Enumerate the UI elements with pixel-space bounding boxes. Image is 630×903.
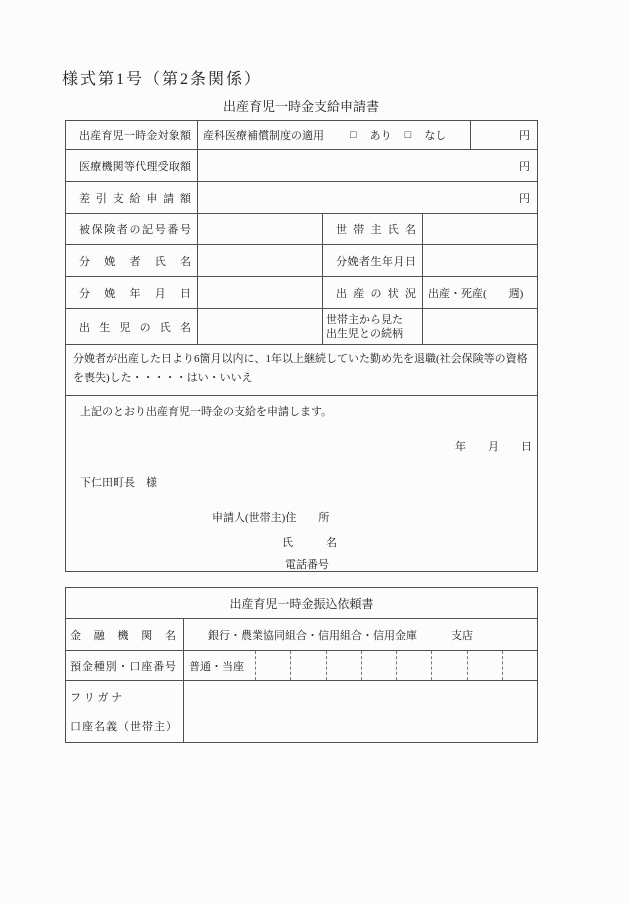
- table-row: 差引支給申請額 円: [66, 182, 538, 214]
- bank-name-field[interactable]: 銀行・農業協同組合・信用組合・信用金庫 支店: [184, 619, 538, 651]
- account-digit-box[interactable]: [361, 651, 396, 680]
- account-number-cell: 普通・当座: [184, 651, 538, 681]
- label-account-holder: フ リ ガ ナ 口座名義（世帯主）: [66, 681, 184, 743]
- bank-type-options: 銀行・農業協同組合・信用組合・信用金庫: [208, 627, 417, 643]
- account-digit-box[interactable]: [290, 651, 325, 680]
- option-ari-label: あり: [370, 127, 392, 143]
- table-row: フ リ ガ ナ 口座名義（世帯主）: [66, 681, 538, 743]
- label-child-name: 出生児の氏名: [66, 309, 198, 345]
- applicant-phone-line[interactable]: 電話番号: [285, 556, 329, 572]
- label-householder-name: 世帯主氏名: [323, 214, 423, 245]
- table-row: 金融機関名 銀行・農業協同組合・信用組合・信用金庫 支店: [66, 619, 538, 651]
- label-account-number: 預金種別・口座番号: [66, 651, 184, 681]
- scheme-label: 産科医療補償制度の適用: [203, 127, 324, 143]
- form-number: 様式第1号（第2条関係）: [62, 66, 262, 89]
- mother-name-field[interactable]: [198, 245, 323, 277]
- table-row: 出生児の氏名 世帯主から見た 出生児との続柄: [66, 309, 538, 345]
- applicant-address-line[interactable]: 申請人(世帯主)住 所: [212, 509, 329, 525]
- form-page: 様式第1号（第2条関係） 出産育児一時金支給申請書 出産育児一時金対象額 産科医…: [0, 0, 630, 903]
- yen-unit-label: 円: [519, 161, 530, 173]
- insured-number-field[interactable]: [198, 214, 323, 245]
- label-target-amount: 出産育児一時金対象額: [66, 121, 198, 150]
- application-table: 出産育児一時金対象額 産科医療補償制度の適用 □ あり □ なし 円 医療機関等…: [65, 120, 538, 572]
- page-title: 出産育児一時金支給申請書: [65, 96, 537, 115]
- checkbox-nashi-icon[interactable]: □: [405, 130, 412, 141]
- checkbox-ari-icon[interactable]: □: [350, 130, 357, 141]
- child-name-field[interactable]: [198, 309, 323, 345]
- obstetric-scheme-cell: 産科医療補償制度の適用 □ あり □ なし: [198, 121, 471, 150]
- label-delivery-date: 分娩年月日: [66, 277, 198, 309]
- retirement-question: 分娩者が出産した日より6箇月以内に、1年以上継続していた勤め先を退職(社会保険等…: [66, 345, 538, 396]
- account-digit-box[interactable]: [431, 651, 466, 680]
- net-amount-field[interactable]: 円: [198, 182, 538, 214]
- table-row: 医療機関等代理受取額 円: [66, 150, 538, 182]
- table-row: 分娩者氏名 分娩者生年月日: [66, 245, 538, 277]
- delivery-status-field[interactable]: 出産・死産( 週): [423, 277, 538, 309]
- yen-unit-label: 円: [519, 130, 530, 142]
- account-digit-box[interactable]: [467, 651, 502, 680]
- table-row: 出産育児一時金対象額 産科医療補償制度の適用 □ あり □ なし 円: [66, 121, 538, 150]
- householder-name-field[interactable]: [423, 214, 538, 245]
- account-digit-box[interactable]: [255, 651, 290, 680]
- applicant-name-line[interactable]: 氏 名: [282, 534, 337, 550]
- label-proxy-amount: 医療機関等代理受取額: [66, 150, 198, 182]
- declaration-cell: 上記のとおり出産育児一時金の支給を申請します。 年 月 日 下仁田町長 様 申請…: [66, 396, 538, 572]
- label-net-amount: 差引支給申請額: [66, 182, 198, 214]
- account-type-options: 普通・当座: [184, 651, 255, 680]
- proxy-amount-field[interactable]: 円: [198, 150, 538, 182]
- option-nashi-label: なし: [424, 127, 446, 143]
- table-row: 分娩者が出産した日より6箇月以内に、1年以上継続していた勤め先を退職(社会保険等…: [66, 345, 538, 396]
- label-insured-number: 被保険者の記号番号: [66, 214, 198, 245]
- table-row: 預金種別・口座番号 普通・当座: [66, 651, 538, 681]
- target-amount-field[interactable]: 円: [471, 121, 538, 150]
- addressee-line: 下仁田町長 様: [80, 474, 157, 490]
- transfer-request-table: 出産育児一時金振込依頼書 金融機関名 銀行・農業協同組合・信用組合・信用金庫 支…: [65, 587, 538, 743]
- label-bank-name: 金融機関名: [66, 619, 184, 651]
- label-delivery-status: 出産の状況: [323, 277, 423, 309]
- delivery-date-field[interactable]: [198, 277, 323, 309]
- table-row: 出産育児一時金振込依頼書: [66, 588, 538, 619]
- transfer-table-title: 出産育児一時金振込依頼書: [66, 588, 538, 619]
- account-digit-box[interactable]: [326, 651, 361, 680]
- mother-birthdate-field[interactable]: [423, 245, 538, 277]
- date-line[interactable]: 年 月 日: [455, 438, 532, 454]
- table-row: 分娩年月日 出産の状況 出産・死産( 週): [66, 277, 538, 309]
- account-digit-box[interactable]: [502, 651, 537, 680]
- table-row: 被保険者の記号番号 世帯主氏名: [66, 214, 538, 245]
- label-child-relation: 世帯主から見た 出生児との続柄: [323, 309, 423, 345]
- yen-unit-label: 円: [519, 193, 530, 205]
- table-row: 上記のとおり出産育児一時金の支給を申請します。 年 月 日 下仁田町長 様 申請…: [66, 396, 538, 572]
- account-holder-field[interactable]: [184, 681, 538, 743]
- child-relation-field[interactable]: [423, 309, 538, 345]
- label-mother-name: 分娩者氏名: [66, 245, 198, 277]
- account-digit-box[interactable]: [396, 651, 431, 680]
- label-mother-birthdate: 分娩者生年月日: [323, 245, 423, 277]
- branch-suffix-label: 支店: [451, 627, 473, 643]
- declaration-statement: 上記のとおり出産育児一時金の支給を申請します。: [80, 403, 332, 419]
